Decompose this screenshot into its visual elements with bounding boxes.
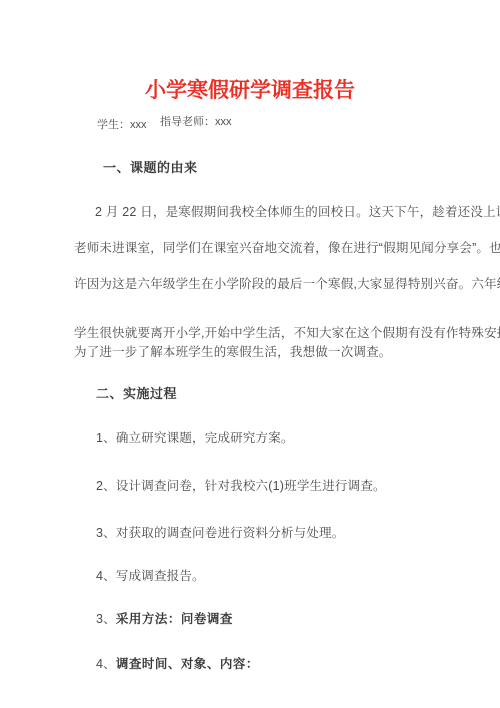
method-item-label: 采用方法：问卷调查 [116,612,233,626]
list-item: 2、设计调查问卷，针对我校六(1)班学生进行调查。 [96,479,386,493]
survey-item-label: 调查时间、对象、内容： [116,657,259,671]
paragraph-line: 为了进一步了解本班学生的寒假生活，我想做一次调查。 [74,345,392,359]
paragraph-line: 2 月 22 日，是寒假期间我校全体师生的回校日。这天下午，趁着还没上课， [95,205,500,219]
paragraph-line: 学生很快就要离开小学,开始中学生活，不知大家在这个假期有没有作特殊安排， [74,326,500,340]
document-page: 小学寒假研学调查报告 学生：xxx 指导老师：xxx 一、课题的由来 2 月 2… [0,0,500,708]
list-item: 3、对获取的调查问卷进行资料分析与处理。 [96,526,344,540]
section-heading-origin: 一、课题的由来 [103,161,198,176]
survey-item-number: 4、 [96,657,116,671]
list-item: 4、写成调查报告。 [96,569,205,583]
paragraph-line: 老师未进课室，同学们在课室兴奋地交流着，像在进行“假期见闻分享会”。也 [74,241,500,255]
paragraph-line: 许因为这是六年级学生在小学阶段的最后一个寒假,大家显得特别兴奋。六年级 [74,277,500,291]
method-item-number: 3、 [96,612,116,626]
student-label: 学生：xxx [97,119,147,132]
survey-item: 4、调查时间、对象、内容： [96,657,259,671]
method-item: 3、采用方法：问卷调查 [96,612,233,626]
section-heading-process: 二、实施过程 [96,387,177,402]
page-title: 小学寒假研学调查报告 [0,79,500,103]
list-item: 1、确立研究课题，完成研究方案。 [96,431,294,445]
teacher-label: 指导老师：xxx [160,116,232,129]
